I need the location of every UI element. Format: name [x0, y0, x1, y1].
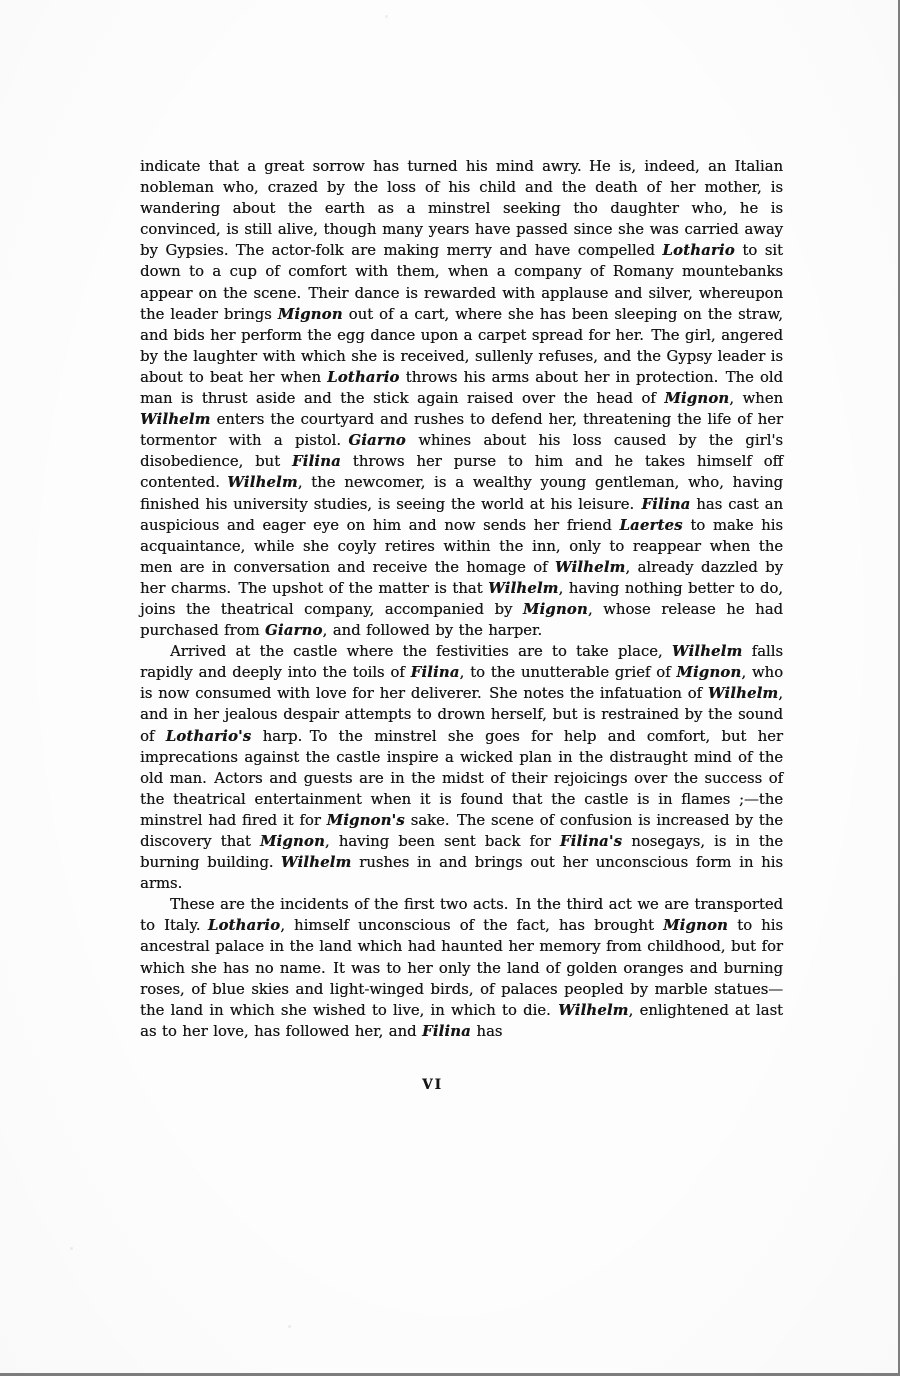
paragraph: indicate that a great sorrow has turned … [140, 156, 783, 641]
character-name: Wilhelm [140, 411, 210, 428]
character-name: Mignon [663, 917, 728, 934]
character-name: Wilhelm [672, 643, 742, 660]
page-number: VI [140, 1077, 725, 1093]
character-name: Wilhelm [281, 854, 351, 871]
paragraph: These are the incidents of the first two… [140, 894, 783, 1042]
character-name: Mignon [260, 833, 325, 850]
character-name: Filina [292, 453, 341, 470]
character-name: Filina [411, 664, 460, 681]
character-name: Mignon [676, 664, 741, 681]
scan-speck [70, 1247, 73, 1250]
character-name: Mignon [664, 390, 729, 407]
scanned-book-page: indicate that a great sorrow has turned … [0, 0, 900, 1376]
character-name: Filina [422, 1023, 471, 1040]
character-name: Lothario's [166, 728, 252, 745]
character-name: Giarno [265, 622, 322, 639]
character-name: Lothario [208, 917, 280, 934]
character-name: Lothario [327, 369, 399, 386]
character-name: Mignon [278, 306, 343, 323]
scan-speck [385, 15, 388, 18]
character-name: Wilhelm [558, 1002, 628, 1019]
character-name: Filina's [560, 833, 622, 850]
character-name: Mignon [523, 601, 588, 618]
character-name: Filina [641, 496, 690, 513]
character-name: Wilhelm [227, 474, 297, 491]
body-text: indicate that a great sorrow has turned … [140, 156, 783, 1042]
character-name: Mignon's [327, 812, 405, 829]
character-name: Wilhelm [708, 685, 778, 702]
paragraph: Arrived at the castle where the festivit… [140, 641, 783, 894]
character-name: Lothario [662, 242, 734, 259]
character-name: Laertes [619, 517, 682, 534]
scan-speck [288, 1325, 291, 1328]
character-name: Wilhelm [555, 559, 625, 576]
character-name: Wilhelm [488, 580, 558, 597]
character-name: Giarno [348, 432, 405, 449]
